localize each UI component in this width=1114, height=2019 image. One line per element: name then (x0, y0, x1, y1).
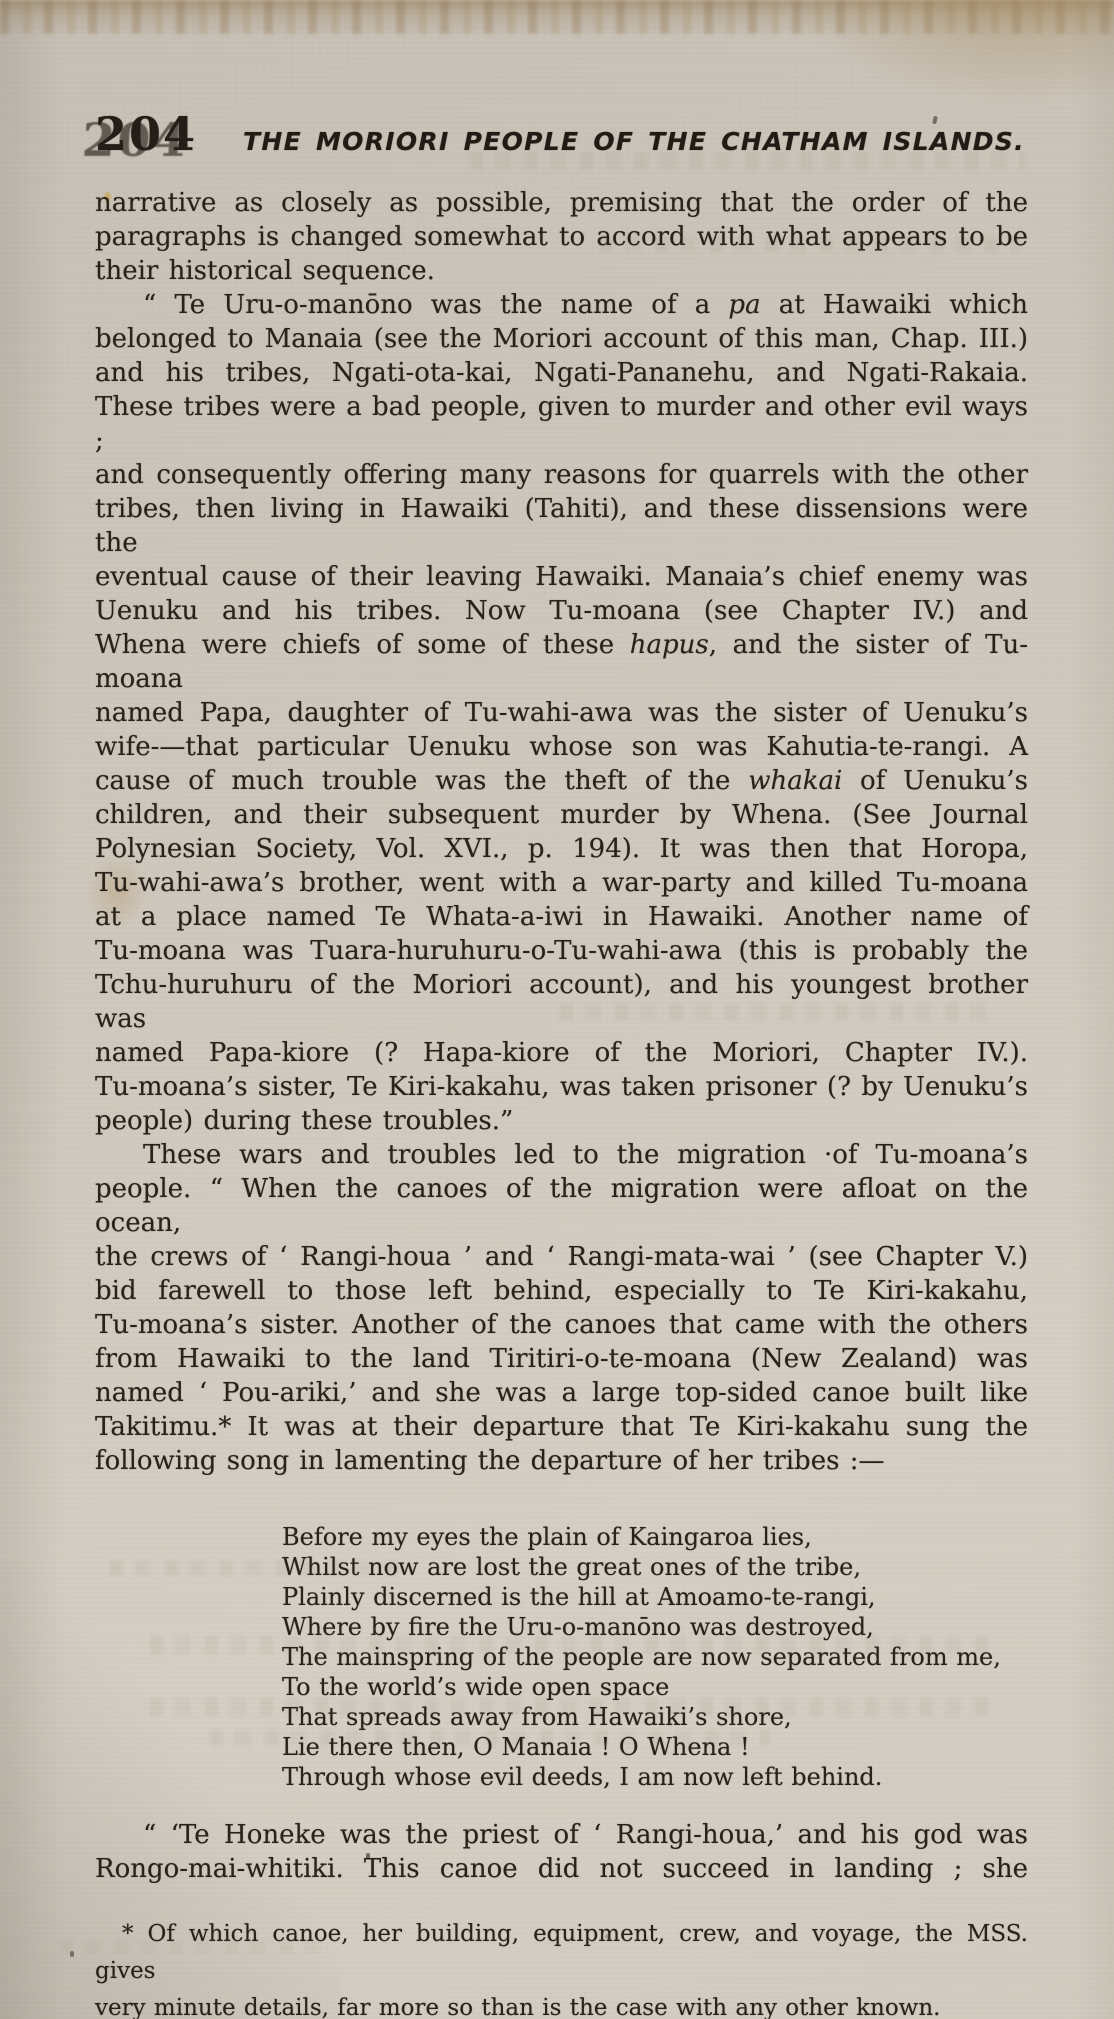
text-line: These tribes were a bad people, given to… (95, 390, 1028, 458)
canoe-footnote: * Of which canoe, her building, equipmen… (95, 1916, 1028, 2019)
page-top-edge-mottling (0, 0, 1114, 34)
text-line: bid farewell to those left behind, espec… (95, 1274, 1028, 1308)
te-honeke-paragraph: “ ‘Te Honeke was the priest of ‘ Rangi-h… (95, 1818, 1028, 1886)
text-line: named Papa, daughter of Tu-wahi-awa was … (95, 696, 1028, 730)
text-line: Tu-moana’s sister, Te Kiri-kakahu, was t… (95, 1070, 1028, 1104)
opening-paragraph-continuation: narrative as closely as possible, premis… (95, 186, 1028, 288)
text-line: Lie there then, O Manaia ! O Whena ! (282, 1732, 1028, 1762)
text-line: “ Te Uru-o-manōno was the name of a pa a… (95, 288, 1028, 322)
text-line: wife-—that particular Uenuku whose son w… (95, 730, 1028, 764)
text-line: That spreads away from Hawaiki’s shore, (282, 1702, 1028, 1732)
left-edge-shadow (0, 0, 64, 2019)
text-line: Rongo-mai-whitiki. This canoe did not su… (95, 1852, 1028, 1886)
text-line: Takitimu.* It was at their departure tha… (95, 1410, 1028, 1444)
text-line: the crews of ‘ Rangi-houa ’ and ‘ Rangi-… (95, 1240, 1028, 1274)
text-line: tribes, then living in Hawaiki (Tahiti),… (95, 492, 1028, 560)
text-line: Through whose evil deeds, I am now left … (282, 1762, 1028, 1792)
text-line: people) during these troubles.” (95, 1104, 1028, 1138)
text-line: eventual cause of their leaving Hawaiki.… (95, 560, 1028, 594)
text-line: The mainspring of the people are now sep… (282, 1642, 1028, 1672)
text-line: following song in lamenting the departur… (95, 1444, 1028, 1478)
page-header: 204 204 THE MORIORI PEOPLE OF THE CHATHA… (95, 110, 1028, 158)
text-line: at a place named Te Whata-a-iwi in Hawai… (95, 900, 1028, 934)
text-line: Whilst now are lost the great ones of th… (282, 1552, 1028, 1582)
text-line: Uenuku and his tribes. Now Tu-moana (see… (95, 594, 1028, 628)
text-line: Polynesian Society, Vol. XVI., p. 194). … (95, 832, 1028, 866)
right-edge-shadow (1070, 0, 1114, 2019)
text-line: Whena were chiefs of some of these hapus… (95, 628, 1028, 696)
text-line: To the world’s wide open space (282, 1672, 1028, 1702)
text-column: narrative as closely as possible, premis… (95, 186, 1028, 2019)
text-line: Before my eyes the plain of Kaingaroa li… (282, 1522, 1028, 1552)
text-line: * Of which canoe, her building, equipmen… (95, 1916, 1028, 1990)
text-line: from Hawaiki to the land Tiritiri-o-te-m… (95, 1342, 1028, 1376)
page-number: 204 204 (95, 110, 197, 158)
text-line: people. “ When the canoes of the migrati… (95, 1172, 1028, 1240)
text-line: paragraphs is changed somewhat to accord… (95, 220, 1028, 254)
text-line: their historical sequence. (95, 254, 1028, 288)
text-line: Tchu-huruhuru of the Moriori account), a… (95, 968, 1028, 1036)
text-line: narrative as closely as possible, premis… (95, 186, 1028, 220)
text-line: Tu-moana’s sister. Another of the canoes… (95, 1308, 1028, 1342)
text-line: Tu-moana was Tuara-huruhuru-o-Tu-wahi-aw… (95, 934, 1028, 968)
running-title: THE MORIORI PEOPLE OF THE CHATHAM ISLAND… (243, 127, 1025, 156)
text-line: Tu-wahi-awa’s brother, went with a war-p… (95, 866, 1028, 900)
lament-song: Before my eyes the plain of Kaingaroa li… (95, 1522, 1028, 1792)
text-line: These wars and troubles led to the migra… (95, 1138, 1028, 1172)
text-line: belonged to Manaia (see the Moriori acco… (95, 322, 1028, 356)
top-right-tan-patch (784, 0, 1114, 110)
text-line: cause of much trouble was the theft of t… (95, 764, 1028, 798)
book-page-scan: 204 204 THE MORIORI PEOPLE OF THE CHATHA… (0, 0, 1114, 2019)
text-line: and consequently offering many reasons f… (95, 458, 1028, 492)
te-uru-o-manono-paragraph: “ Te Uru-o-manōno was the name of a pa a… (95, 288, 1028, 1138)
text-line: Plainly discerned is the hill at Amoamo-… (282, 1582, 1028, 1612)
text-line: and his tribes, Ngati-ota-kai, Ngati-Pan… (95, 356, 1028, 390)
text-line: children, and their subsequent murder by… (95, 798, 1028, 832)
text-line: “ ‘Te Honeke was the priest of ‘ Rangi-h… (95, 1818, 1028, 1852)
page-number-value: 204 (95, 107, 197, 161)
text-line: named ‘ Pou-ariki,’ and she was a large … (95, 1376, 1028, 1410)
ink-speck (70, 1951, 74, 1957)
text-line: very minute details, far more so than is… (95, 1990, 1028, 2019)
text-line: Where by fire the Uru-o-manōno was destr… (282, 1612, 1028, 1642)
text-line: named Papa-kiore (? Hapa-kiore of the Mo… (95, 1036, 1028, 1070)
migration-paragraph: These wars and troubles led to the migra… (95, 1138, 1028, 1478)
